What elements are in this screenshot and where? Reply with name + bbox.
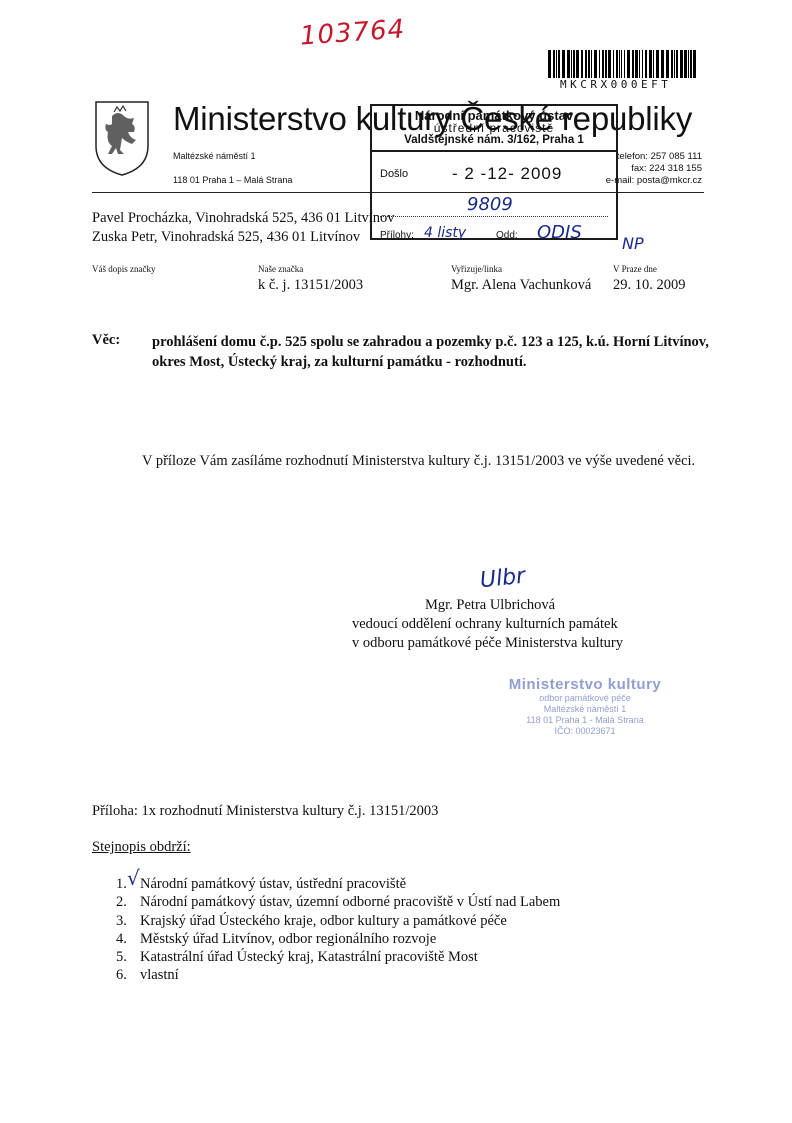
handwritten-attachments-count: 4 listy xyxy=(424,225,466,241)
handwritten-document-number: 103764 xyxy=(299,14,406,51)
list-item: 4.Městský úřad Litvínov, odbor regionáln… xyxy=(116,930,560,948)
handwritten-check-icon: √ xyxy=(127,866,140,890)
our-ref-value: k č. j. 13151/2003 xyxy=(258,277,363,294)
stamp-received-date: - 2 -12- 2009 xyxy=(452,164,562,184)
received-stamp: Národní památkový ústav ústřední pracovi… xyxy=(370,104,618,240)
list-item: 6.vlastní xyxy=(116,966,560,984)
ministry-stamp-line: 118 01 Praha 1 - Malá Strana xyxy=(490,715,680,726)
stamp-divider xyxy=(372,150,616,152)
letterhead-address-line2: 118 01 Praha 1 – Malá Strana xyxy=(173,175,292,185)
ministry-stamp-line: odbor památkové péče xyxy=(490,693,680,704)
recipient-line: Pavel Procházka, Vinohradská 525, 436 01… xyxy=(92,210,395,227)
stamp-department-label: Odd: xyxy=(496,230,518,241)
handwritten-department: ODIS xyxy=(537,222,582,243)
signatory-name: Mgr. Petra Ulbrichová xyxy=(425,597,555,614)
handwritten-signature: Ulbr xyxy=(479,564,527,594)
letterhead-fax: fax: 224 318 155 xyxy=(610,163,702,174)
signatory-role-line2: v odboru památkové péče Ministerstva kul… xyxy=(352,635,623,652)
date-label: V Praze dne xyxy=(613,264,657,274)
handled-by-value: Mgr. Alena Vachunková xyxy=(451,277,591,294)
stamp-department: ústřední pracoviště xyxy=(372,121,616,135)
recipient-line: Zuska Petr, Vinohradská 525, 436 01 Litv… xyxy=(92,229,360,246)
copies-list: 1.Národní památkový ústav, ústřední prac… xyxy=(116,875,560,985)
attachment-note: Příloha: 1x rozhodnutí Ministerstva kult… xyxy=(92,803,438,820)
list-item: 2.Národní památkový ústav, územní odborn… xyxy=(116,893,560,911)
handwritten-initials: NP xyxy=(622,234,644,253)
barcode-text: MKCRX000EFT xyxy=(560,78,671,91)
letterhead-address-line1: Maltézské náměstí 1 xyxy=(173,151,256,161)
ministry-stamp-line: IČO: 00023671 xyxy=(490,726,680,737)
stamp-received-label: Došlo xyxy=(380,168,408,180)
copies-title: Stejnopis obdrží: xyxy=(92,839,191,856)
letterhead-phone: telefon: 257 085 111 xyxy=(610,151,702,162)
list-item: 5.Katastrální úřad Ústecký kraj, Katastr… xyxy=(116,948,560,966)
body-paragraph: V příloze Vám zasíláme rozhodnutí Minist… xyxy=(92,451,704,471)
handwritten-registration-number: 9809 xyxy=(467,194,513,215)
stamp-address: Valdštejnské nám. 3/162, Praha 1 xyxy=(372,134,616,146)
ministry-stamp-title: Ministerstvo kultury xyxy=(490,676,680,693)
signatory-role-line1: vedoucí oddělení ochrany kulturních pamá… xyxy=(352,616,618,633)
ministry-stamp: Ministerstvo kultury odbor památkové péč… xyxy=(490,676,680,737)
czech-lion-crest-icon xyxy=(92,98,152,178)
stamp-attachments-label: Přílohy: xyxy=(380,230,414,241)
list-item: 3.Krajský úřad Ústeckého kraje, odbor ku… xyxy=(116,912,560,930)
date-value: 29. 10. 2009 xyxy=(613,277,686,294)
subject-label: Věc: xyxy=(92,332,120,349)
your-ref-label: Váš dopis značky xyxy=(92,264,155,274)
list-item: 1.Národní památkový ústav, ústřední prac… xyxy=(116,875,560,893)
handled-by-label: Vyřizuje/linka xyxy=(451,264,502,274)
subject-text: prohlášení domu č.p. 525 spolu se zahrad… xyxy=(152,332,712,372)
stamp-dotted-line xyxy=(380,216,608,217)
barcode-icon xyxy=(548,50,698,78)
our-ref-label: Naše značka xyxy=(258,264,303,274)
ministry-stamp-line: Maltézské náměstí 1 xyxy=(490,704,680,715)
